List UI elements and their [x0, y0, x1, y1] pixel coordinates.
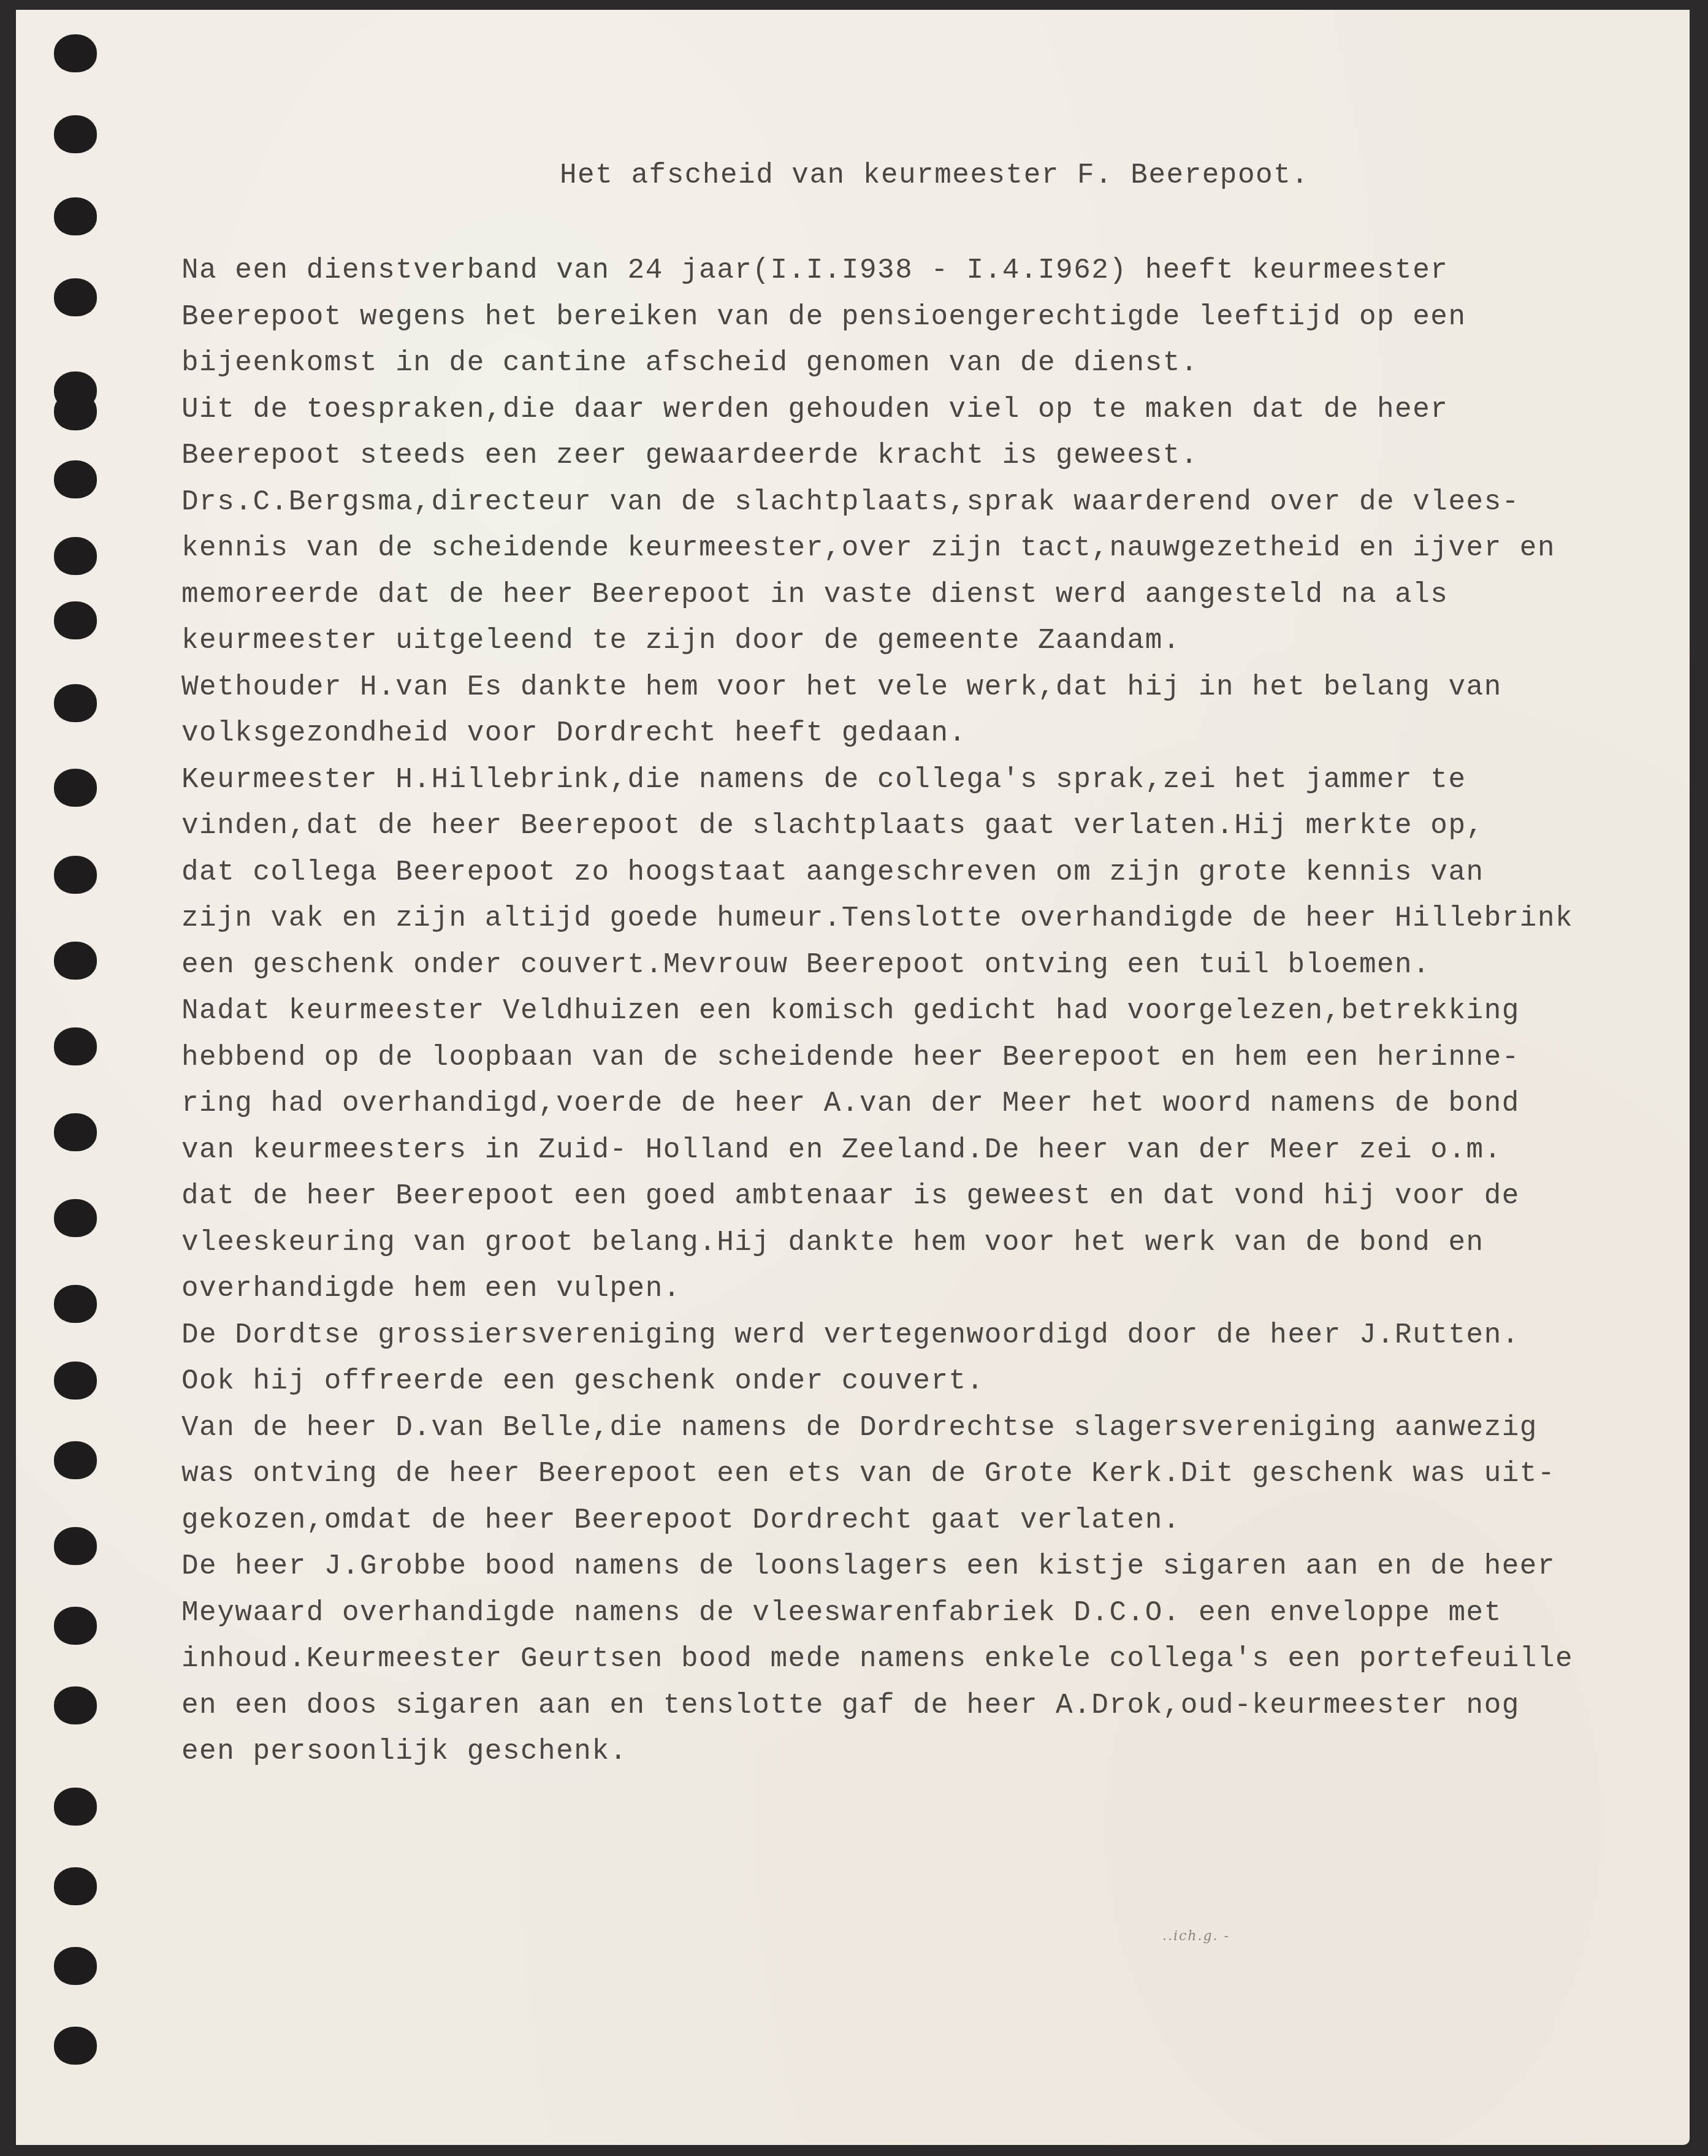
punch-hole-icon: [54, 1527, 97, 1565]
punch-hole-icon: [54, 537, 97, 575]
text-line: keurmeester uitgeleend te zijn door de g…: [181, 618, 1573, 665]
punch-holes: [54, 10, 103, 2145]
text-line: een persoonlijk geschenk.: [181, 1729, 1573, 1775]
text-line: vinden,dat de heer Beerepoot de slachtpl…: [181, 803, 1573, 850]
text-line: Nadat keurmeester Veldhuizen een komisch…: [181, 988, 1573, 1035]
punch-hole-icon: [54, 684, 97, 722]
punch-hole-icon: [54, 2027, 97, 2065]
punch-hole-icon: [54, 1362, 97, 1400]
text-line: Uit de toespraken,die daar werden gehoud…: [181, 387, 1573, 433]
punch-hole-icon: [54, 1199, 97, 1237]
text-line: memoreerde dat de heer Beerepoot in vast…: [181, 572, 1573, 619]
text-line: overhandigde hem een vulpen.: [181, 1266, 1573, 1312]
text-line: Na een dienstverband van 24 jaar(I.I.I93…: [181, 248, 1573, 294]
text-line: De heer J.Grobbe bood namens de loonslag…: [181, 1544, 1573, 1590]
text-line: een geschenk onder couvert.Mevrouw Beere…: [181, 942, 1573, 989]
punch-hole-icon: [54, 1285, 97, 1323]
punch-hole-icon: [54, 601, 97, 639]
text-line: Beerepoot steeds een zeer gewaardeerde k…: [181, 433, 1573, 479]
punch-hole-icon: [54, 1027, 97, 1065]
punch-hole-icon: [54, 1686, 97, 1724]
text-line: Keurmeester H.Hillebrink,die namens de c…: [181, 757, 1573, 804]
punch-hole-icon: [54, 942, 97, 980]
text-line: Beerepoot wegens het bereiken van de pen…: [181, 294, 1573, 341]
punch-hole-icon: [54, 856, 97, 894]
punch-hole-icon: [54, 34, 97, 72]
text-line: zijn vak en zijn altijd goede humeur.Ten…: [181, 896, 1573, 942]
punch-hole-icon: [54, 1867, 97, 1905]
document-title: Het afscheid van keurmeester F. Beerepoo…: [560, 159, 1309, 191]
text-line: vleeskeuring van groot belang.Hij dankte…: [181, 1220, 1573, 1267]
text-line: en een doos sigaren aan en tenslotte gaf…: [181, 1683, 1573, 1729]
text-line: was ontving de heer Beerepoot een ets va…: [181, 1451, 1573, 1498]
text-line: gekozen,omdat de heer Beerepoot Dordrech…: [181, 1498, 1573, 1544]
text-line: Drs.C.Bergsma,directeur van de slachtpla…: [181, 479, 1573, 526]
text-line: Wethouder H.van Es dankte hem voor het v…: [181, 665, 1573, 711]
punch-hole-icon: [54, 197, 97, 235]
punch-hole-icon: [54, 460, 97, 498]
pencil-mark: ..ich.g. -: [1162, 1929, 1230, 1944]
text-line: ring had overhandigd,voerde de heer A.va…: [181, 1081, 1573, 1127]
text-line: van keurmeesters in Zuid- Holland en Zee…: [181, 1127, 1573, 1174]
text-line: bijeenkomst in de cantine afscheid genom…: [181, 340, 1573, 387]
document-body: Na een dienstverband van 24 jaar(I.I.I93…: [181, 248, 1573, 1775]
text-line: dat de heer Beerepoot een goed ambtenaar…: [181, 1173, 1573, 1220]
text-line: hebbend op de loopbaan van de scheidende…: [181, 1035, 1573, 1081]
punch-hole-icon: [54, 769, 97, 807]
punch-hole-icon: [54, 1947, 97, 1985]
punch-hole-icon: [54, 1607, 97, 1645]
text-line: inhoud.Keurmeester Geurtsen bood mede na…: [181, 1636, 1573, 1683]
punch-hole-icon: [54, 1788, 97, 1826]
text-line: kennis van de scheidende keurmeester,ove…: [181, 525, 1573, 572]
punch-hole-icon: [54, 115, 97, 153]
punch-hole-icon: [54, 278, 97, 316]
punch-hole-icon: [54, 392, 97, 430]
text-line: Van de heer D.van Belle,die namens de Do…: [181, 1405, 1573, 1452]
text-line: volksgezondheid voor Dordrecht heeft ged…: [181, 710, 1573, 757]
punch-hole-icon: [54, 1113, 97, 1151]
punch-hole-icon: [54, 1441, 97, 1479]
paper-sheet: Het afscheid van keurmeester F. Beerepoo…: [16, 10, 1690, 2145]
text-line: dat collega Beerepoot zo hoogstaat aange…: [181, 850, 1573, 896]
text-line: De Dordtse grossiersvereniging werd vert…: [181, 1312, 1573, 1359]
text-line: Ook hij offreerde een geschenk onder cou…: [181, 1358, 1573, 1405]
text-line: Meywaard overhandigde namens de vleeswar…: [181, 1590, 1573, 1637]
